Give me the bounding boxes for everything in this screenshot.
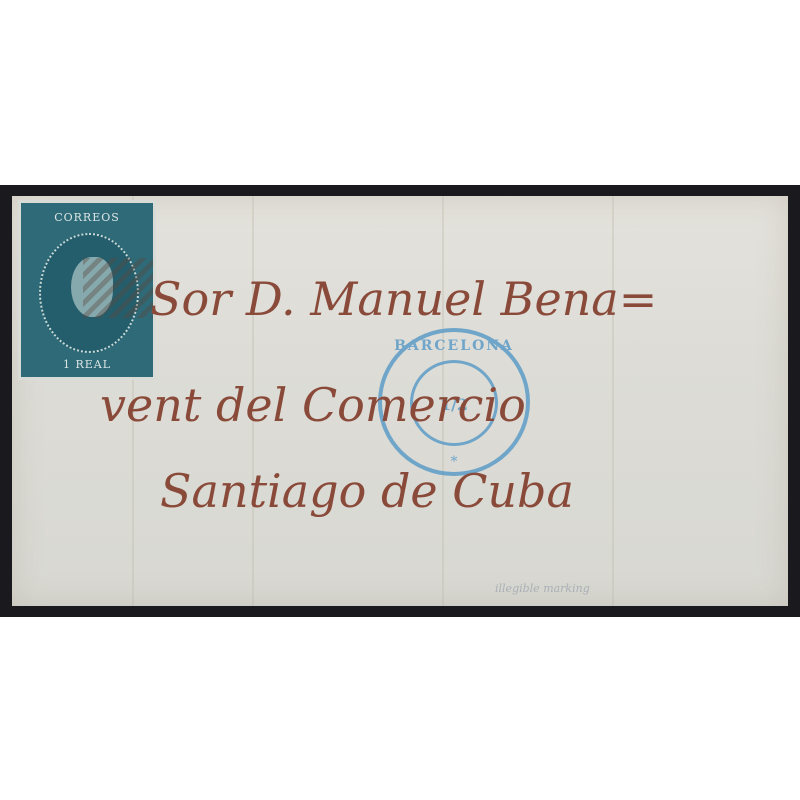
address-line-2: vent del Comercio [100,378,526,432]
stamp-value-text: 1 REAL [21,358,153,371]
stamp-top-text: CORREOS [21,211,153,224]
faint-marking: illegible marking [495,582,590,595]
postage-stamp: CORREOS 1 REAL [18,200,156,380]
cancellation-mark [83,258,153,318]
postmark-town: BARCELONA [382,338,526,354]
address-line-3: Santiago de Cuba [160,464,574,518]
address-line-1: Sor D. Manuel Bena= [150,272,657,326]
fold-line [612,196,614,606]
